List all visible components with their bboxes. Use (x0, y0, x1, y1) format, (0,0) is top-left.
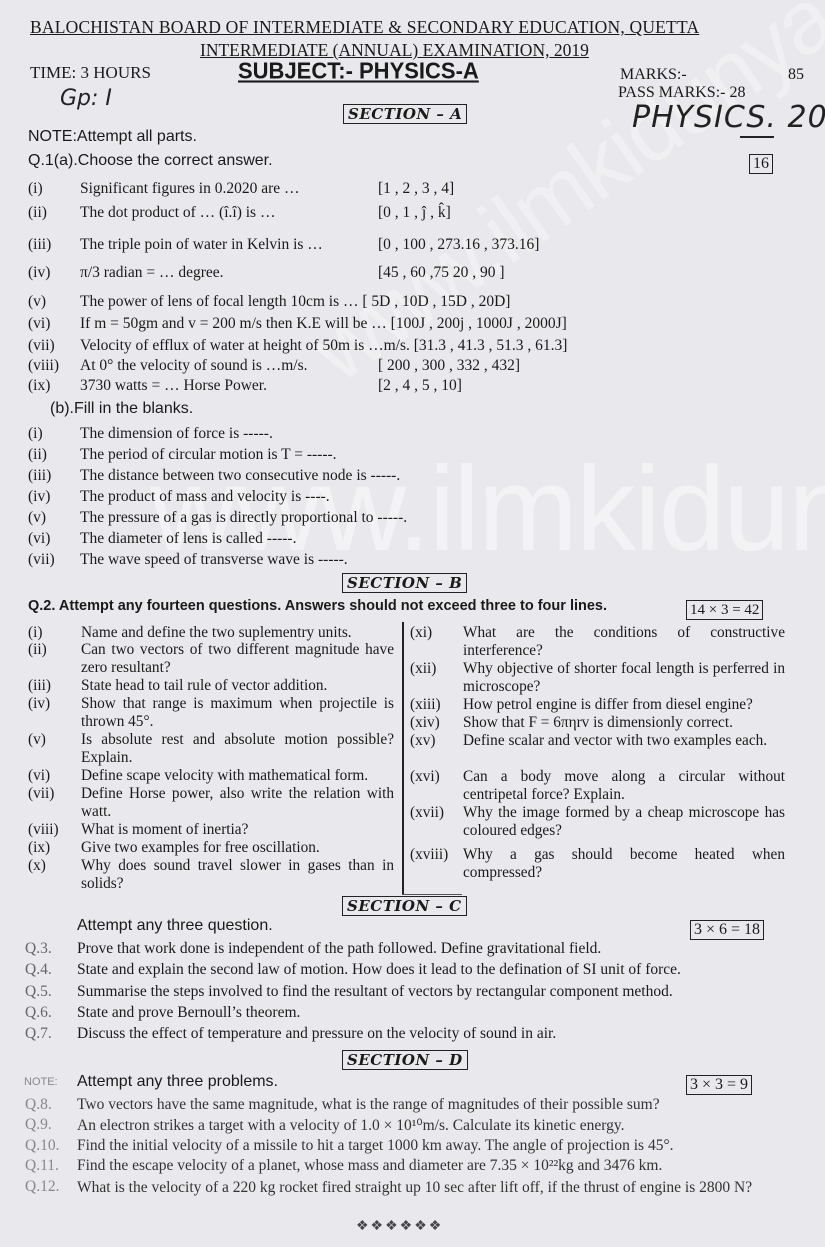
short-question: (iv)Show that range is maximum when proj… (28, 695, 394, 731)
mcq-item-number: (viii) (28, 357, 59, 375)
short-question: (xii)Why objective of shorter focal leng… (410, 660, 785, 696)
mcq-item-options: [1 , 2 , 3 , 4] (378, 180, 454, 198)
short-question: (iii)State head to tail rule of vector a… (28, 677, 394, 695)
end-marker: ❖❖❖❖❖❖ (356, 1218, 443, 1235)
mcq-item-number: (iv) (28, 264, 50, 282)
long-question-number: Q.3. (25, 940, 52, 958)
short-question-number: (ix) (28, 839, 50, 857)
long-question-text: State and explain the second law of moti… (77, 961, 681, 979)
blank-item-number: (vi) (28, 530, 50, 548)
mcq-item-options: [0 , 100 , 273.16 , 373.16] (378, 236, 539, 254)
mcq-item-options: [ 200 , 300 , 332 , 432] (378, 357, 520, 375)
section-c-title: SECTION – C (342, 896, 467, 916)
mcq-item-text: The triple poin of water in Kelvin is … (80, 236, 323, 254)
blank-item-number: (ii) (28, 446, 47, 464)
short-question-text: Define scalar and vector with two exampl… (463, 732, 785, 750)
short-question: (viii)What is moment of inertia? (28, 821, 394, 839)
short-question: (v)Is absolute rest and absolute motion … (28, 731, 394, 767)
short-question-text: What is moment of inertia? (81, 821, 394, 839)
short-question-number: (xvii) (410, 804, 444, 822)
numerical-problem-text: What is the velocity of a 220 kg rocket … (77, 1178, 777, 1198)
short-question-number: (xiii) (410, 696, 441, 714)
short-question: (xi)What are the conditions of construct… (410, 624, 785, 660)
short-question-text: Define Horse power, also write the relat… (81, 785, 394, 821)
mcq-item-number: (iii) (28, 236, 51, 254)
mcq-item-text: π/3 radian = … degree. (80, 264, 224, 282)
numerical-problem-text: Find the initial velocity of a missile t… (77, 1137, 674, 1155)
short-question: (ix)Give two examples for free oscillati… (28, 839, 394, 857)
short-question-text: State head to tail rule of vector additi… (81, 677, 394, 695)
section-c-heading: Attempt any three question. (77, 917, 273, 935)
mcq-item-number: (i) (28, 180, 43, 198)
blank-item-number: (iii) (28, 467, 51, 485)
marks-label: MARKS:- (620, 66, 687, 84)
blank-item-number: (iv) (28, 488, 50, 506)
column-divider-foot (402, 894, 462, 895)
numerical-problem-number: Q.8. (25, 1096, 52, 1114)
handwritten-title: PHYSICS. 2019 (632, 100, 825, 135)
q1a-marks: 16 (749, 154, 773, 174)
short-question: (xvi)Can a body move along a circular wi… (410, 768, 785, 804)
short-question: (xv)Define scalar and vector with two ex… (410, 732, 785, 750)
numerical-problem-text: Two vectors have the same magnitude, wha… (77, 1096, 660, 1114)
section-d-title: SECTION – D (342, 1050, 468, 1070)
short-question-number: (xi) (410, 624, 432, 642)
time-allowed: TIME: 3 HOURS (30, 63, 151, 83)
section-b-title: SECTION – B (342, 573, 467, 593)
short-question-text: Why does sound travel slower in gases th… (81, 857, 394, 893)
blank-item-number: (i) (28, 425, 43, 443)
handwritten-underline (740, 136, 774, 138)
section-a-note: NOTE:Attempt all parts. (28, 128, 197, 146)
short-question-text: Name and define the two suplementry unit… (81, 624, 394, 642)
long-question-text: Prove that work done is independent of t… (77, 940, 601, 958)
section-d-note-label: NOTE: (24, 1076, 58, 1088)
mcq-item-number: (vi) (28, 315, 50, 333)
short-question-text: Show that range is maximum when projecti… (81, 695, 394, 731)
short-question: (ii)Can two vectors of two different mag… (28, 641, 394, 677)
short-question: (xviii)Why a gas should become heated wh… (410, 846, 785, 882)
numerical-problem-text: Find the escape velocity of a planet, wh… (77, 1157, 662, 1175)
short-question: (xiii)How petrol engine is differ from d… (410, 696, 785, 714)
short-question-text: Can a body move along a circular without… (463, 768, 785, 804)
exam-paper: www.ilmkidunya.com www.ilmkidunya.com BA… (0, 0, 825, 1247)
mcq-item-text: Significant figures in 0.2020 are … (80, 180, 300, 198)
short-question-number: (vi) (28, 767, 50, 785)
column-divider (402, 622, 404, 894)
mcq-item-number: (ix) (28, 377, 50, 395)
blank-item-text: The distance between two consecutive nod… (80, 467, 400, 485)
q2-marks: 14 × 3 = 42 (686, 600, 763, 620)
short-question-number: (ii) (28, 641, 47, 659)
short-question-number: (iv) (28, 695, 50, 713)
numerical-problem-text: An electron strikes a target with a velo… (77, 1116, 624, 1135)
mcq-item-options: [45 , 60 ,75 20 , 90 ] (378, 264, 505, 282)
long-question-number: Q.7. (25, 1025, 52, 1043)
short-question-text: Why objective of shorter focal length is… (463, 660, 785, 696)
blank-item-text: The wave speed of transverse wave is ---… (80, 551, 348, 569)
short-question: (i)Name and define the two suplementry u… (28, 624, 394, 642)
mcq-item-text: The dot product of … (î.î) is … (80, 204, 275, 222)
blank-item-text: The diameter of lens is called -----. (80, 530, 296, 548)
short-question: (vi)Define scape velocity with mathemati… (28, 767, 394, 785)
short-question-number: (v) (28, 731, 46, 749)
short-question-number: (xviii) (410, 846, 448, 864)
section-a-title: SECTION – A (343, 104, 467, 124)
blank-item-text: The dimension of force is -----. (80, 425, 273, 443)
short-question: (xvii)Why the image formed by a cheap mi… (410, 804, 785, 840)
long-question-number: Q.5. (25, 983, 52, 1001)
long-question-number: Q.4. (25, 961, 52, 979)
short-question-text: Why the image formed by a cheap microsco… (463, 804, 785, 840)
mcq-item-text: Velocity of efflux of water at height of… (80, 337, 567, 355)
q1b-heading: (b).Fill in the blanks. (50, 400, 193, 418)
blank-item-text: The pressure of a gas is directly propor… (80, 509, 407, 527)
short-question-text: Define scape velocity with mathematical … (81, 767, 394, 785)
short-question-number: (x) (28, 857, 46, 875)
blank-item-text: The period of circular motion is T = ---… (80, 446, 337, 464)
numerical-problem-number: Q.12. (25, 1178, 59, 1196)
long-question-text: State and prove Bernoull’s theorem. (77, 1004, 300, 1022)
short-question-text: Why a gas should become heated when comp… (463, 846, 785, 882)
numerical-problem-number: Q.9. (25, 1116, 52, 1134)
q2-heading: Q.2. Attempt any fourteen questions. Ans… (28, 598, 607, 614)
board-title: BALOCHISTAN BOARD OF INTERMEDIATE & SECO… (30, 17, 699, 38)
long-question-text: Discuss the effect of temperature and pr… (77, 1025, 556, 1043)
mcq-item-number: (ii) (28, 204, 47, 222)
short-question-number: (vii) (28, 785, 54, 803)
short-question: (xiv)Show that F = 6πηrv is dimensionly … (410, 714, 785, 732)
numerical-problem-number: Q.11. (25, 1157, 59, 1175)
long-question-text: Summarise the steps involved to find the… (77, 983, 673, 1001)
section-d-heading: Attempt any three problems. (77, 1073, 278, 1091)
short-question-number: (xii) (410, 660, 436, 678)
blank-item-text: The product of mass and velocity is ----… (80, 488, 330, 506)
long-question-number: Q.6. (25, 1004, 52, 1022)
short-question: (vii)Define Horse power, also write the … (28, 785, 394, 821)
short-question-number: (i) (28, 624, 42, 642)
subject-title: SUBJECT:- PHYSICS-A (238, 57, 479, 84)
short-question-text: Show that F = 6πηrv is dimensionly corre… (463, 714, 785, 732)
short-question-number: (xiv) (410, 714, 440, 732)
blank-item-number: (v) (28, 509, 46, 527)
mcq-item-text: 3730 watts = … Horse Power. (80, 377, 267, 395)
numerical-problem-number: Q.10. (25, 1137, 59, 1155)
short-question-text: Is absolute rest and absolute motion pos… (81, 731, 394, 767)
q1a-heading: Q.1(a).Choose the correct answer. (28, 152, 273, 170)
section-c-marks: 3 × 6 = 18 (690, 920, 764, 940)
short-question-number: (xvi) (410, 768, 440, 786)
mcq-item-text: If m = 50gm and v = 200 m/s then K.E wil… (80, 315, 567, 333)
mcq-item-options: [0 , 1 , ĵ , k̂] (378, 204, 451, 222)
blank-item-number: (vii) (28, 551, 55, 569)
short-question-text: What are the conditions of constructive … (463, 624, 785, 660)
mcq-item-text: The power of lens of focal length 10cm i… (80, 293, 510, 311)
mcq-item-number: (vii) (28, 337, 55, 355)
mcq-item-options: [2 , 4 , 5 , 10] (378, 377, 462, 395)
short-question: (x)Why does sound travel slower in gases… (28, 857, 394, 893)
short-question-number: (xv) (410, 732, 436, 750)
short-question-text: Can two vectors of two different magnitu… (81, 641, 394, 677)
short-question-number: (iii) (28, 677, 51, 695)
short-question-number: (viii) (28, 821, 59, 839)
mcq-item-number: (v) (28, 293, 46, 311)
short-question-text: Give two examples for free oscillation. (81, 839, 394, 857)
section-d-marks: 3 × 3 = 9 (686, 1075, 752, 1095)
short-question-text: How petrol engine is differ from diesel … (463, 696, 785, 714)
mcq-item-text: At 0° the velocity of sound is …m/s. (80, 357, 308, 375)
marks-value: 85 (788, 66, 804, 84)
handwritten-group: Gp: I (60, 86, 112, 111)
